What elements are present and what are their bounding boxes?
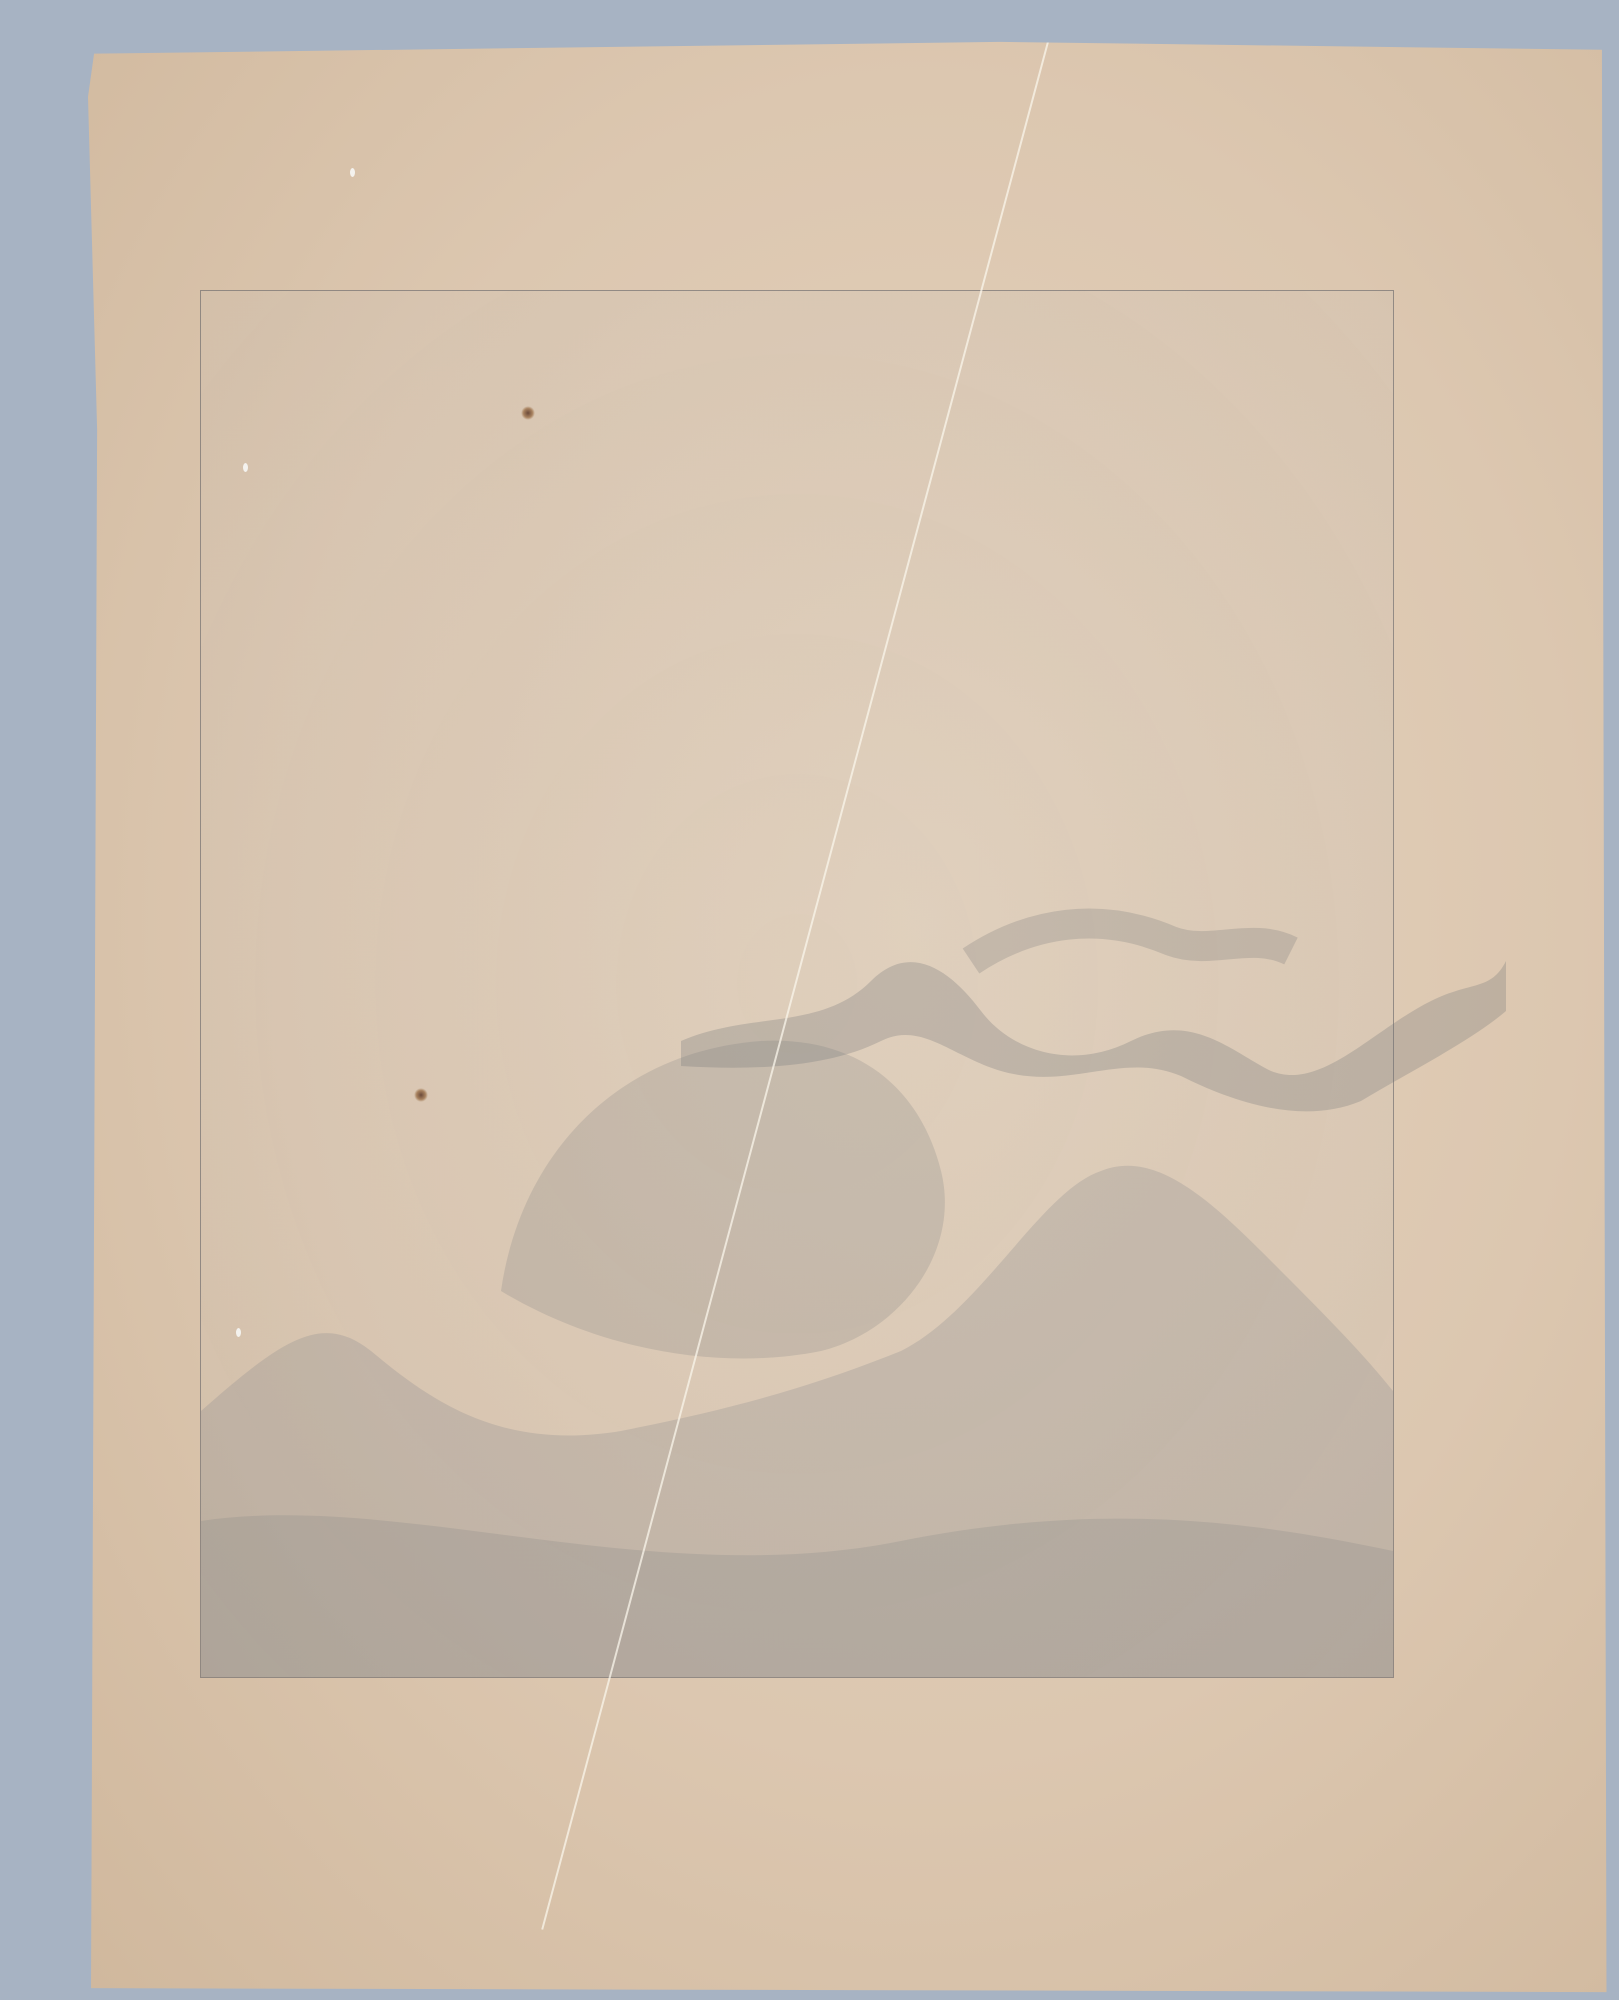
foxing-spot [521,406,535,420]
wormhole [350,168,355,177]
foxing-spot [414,1088,428,1102]
paper-sheet [88,38,1608,1996]
wormhole [243,463,248,472]
landscape-show-through [201,291,1393,1677]
wormhole [236,1328,241,1337]
plate-frame [200,290,1394,1678]
